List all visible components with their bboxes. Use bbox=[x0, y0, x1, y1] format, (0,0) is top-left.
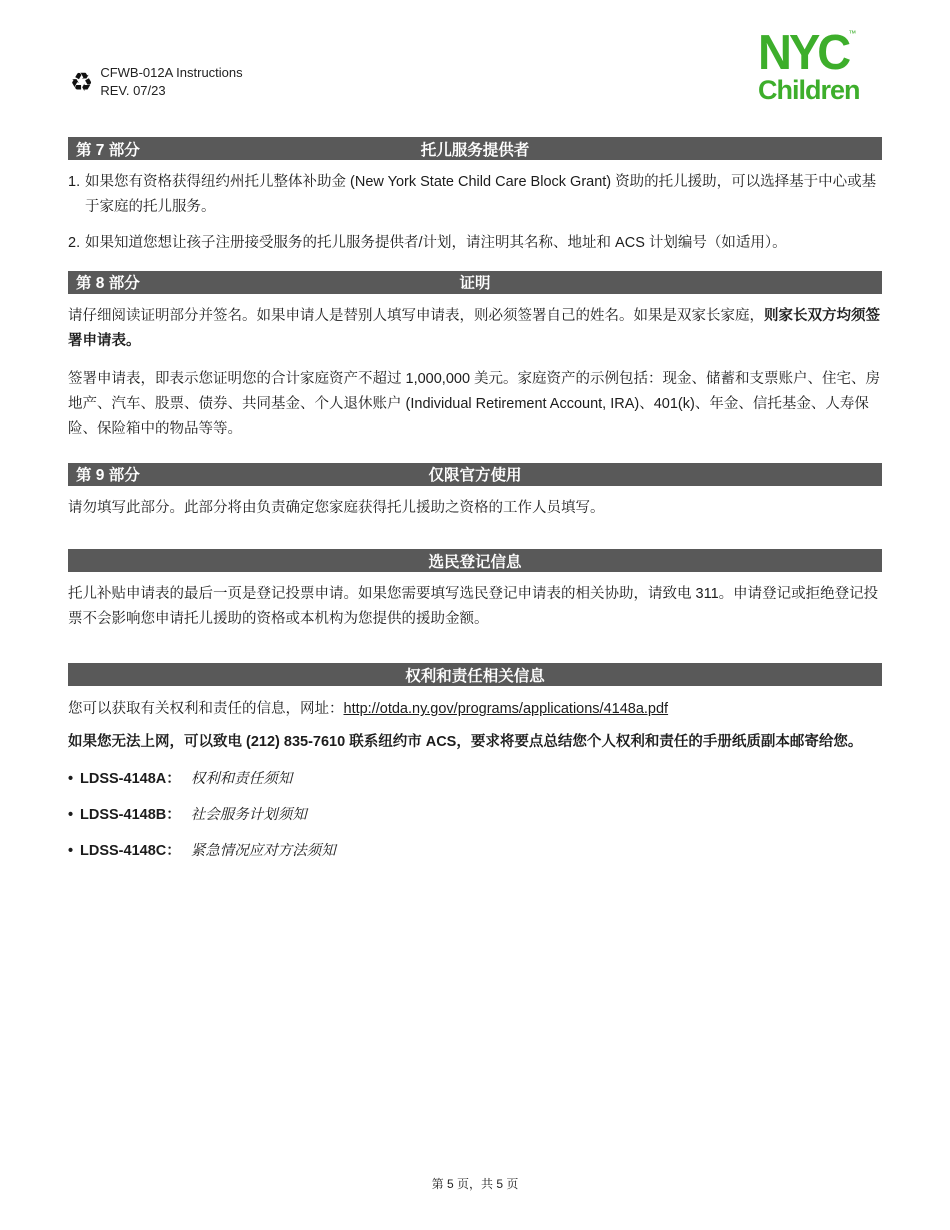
paragraph-text: 请仔细阅读证明部分并签名。如果申请人是替别人填写申请表，则必须签署自己的姓名。如… bbox=[68, 308, 764, 324]
rights-info-title: 权利和责任相关信息 bbox=[405, 664, 545, 686]
section8-header-bar: 第 8 部分 证明 bbox=[68, 271, 882, 294]
section7-item-1: 1. 如果您有资格获得纽约州托儿整体补助金 (New York State Ch… bbox=[68, 170, 882, 220]
item-number: 1. bbox=[68, 170, 85, 220]
bullet-ldss-4148c: • LDSS-4148C： 紧急情况应对方法须知 bbox=[68, 841, 882, 863]
section9-paragraph: 请勿填写此部分。此部分将由负责确定您家庭获得托儿援助之资格的工作人员填写。 bbox=[68, 496, 882, 521]
document-content: 第 7 部分 托儿服务提供者 1. 如果您有资格获得纽约州托儿整体补助金 (Ne… bbox=[68, 0, 882, 862]
bullet-marker: • bbox=[68, 841, 80, 863]
document-page: ♻ CFWB-012A Instructions REV. 07/23 NYC™… bbox=[0, 0, 950, 1230]
rights-pdf-link[interactable]: http://otda.ny.gov/programs/applications… bbox=[344, 701, 669, 717]
section7-header-bar: 第 7 部分 托儿服务提供者 bbox=[68, 137, 882, 160]
rights-url-prefix: 您可以获取有关权利和责任的信息，网址： bbox=[68, 701, 344, 717]
bullet-text: 紧急情况应对方法须知 bbox=[191, 841, 336, 863]
bullet-marker: • bbox=[68, 769, 80, 791]
section8-title: 证明 bbox=[459, 271, 490, 293]
bullet-ldss-4148b: • LDSS-4148B： 社会服务计划须知 bbox=[68, 805, 882, 827]
voter-info-title: 选民登记信息 bbox=[428, 550, 521, 572]
bullet-text: 权利和责任须知 bbox=[191, 769, 293, 791]
rights-phone-paragraph: 如果您无法上网，可以致电 (212) 835-7610 联系纽约市 ACS，要求… bbox=[68, 730, 882, 755]
bullet-marker: • bbox=[68, 805, 80, 827]
bullet-ldss-4148a: • LDSS-4148A： 权利和责任须知 bbox=[68, 769, 882, 791]
item-number: 2. bbox=[68, 231, 85, 256]
section7-label: 第 7 部分 bbox=[76, 137, 140, 160]
bullet-code: LDSS-4148C： bbox=[80, 841, 181, 863]
bullet-code: LDSS-4148B： bbox=[80, 805, 181, 827]
rights-url-paragraph: 您可以获取有关权利和责任的信息，网址：http://otda.ny.gov/pr… bbox=[68, 697, 882, 722]
section9-title: 仅限官方使用 bbox=[428, 463, 521, 485]
page-number-indicator: 第 5 页，共 5 页 bbox=[0, 1175, 950, 1192]
voter-info-header-bar: 选民登记信息 bbox=[68, 549, 882, 572]
section8-label: 第 8 部分 bbox=[76, 271, 140, 294]
bullet-text: 社会服务计划须知 bbox=[191, 805, 307, 827]
rights-info-header-bar: 权利和责任相关信息 bbox=[68, 663, 882, 686]
item-text: 如果您有资格获得纽约州托儿整体补助金 (New York State Child… bbox=[85, 170, 882, 220]
section8-paragraph-1: 请仔细阅读证明部分并签名。如果申请人是替别人填写申请表，则必须签署自己的姓名。如… bbox=[68, 304, 882, 354]
voter-info-paragraph: 托儿补贴申请表的最后一页是登记投票申请。如果您需要填写选民登记申请表的相关协助，… bbox=[68, 582, 882, 632]
section7-item-2: 2. 如果知道您想让孩子注册接受服务的托儿服务提供者/计划，请注明其名称、地址和… bbox=[68, 231, 882, 256]
bullet-code: LDSS-4148A： bbox=[80, 769, 181, 791]
section9-header-bar: 第 9 部分 仅限官方使用 bbox=[68, 463, 882, 486]
section7-title: 托儿服务提供者 bbox=[421, 138, 530, 160]
section8-paragraph-2: 签署申请表，即表示您证明您的合计家庭资产不超过 1,000,000 美元。家庭资… bbox=[68, 367, 882, 442]
section9-label: 第 9 部分 bbox=[76, 463, 140, 486]
item-text: 如果知道您想让孩子注册接受服务的托儿服务提供者/计划，请注明其名称、地址和 AC… bbox=[85, 231, 882, 256]
